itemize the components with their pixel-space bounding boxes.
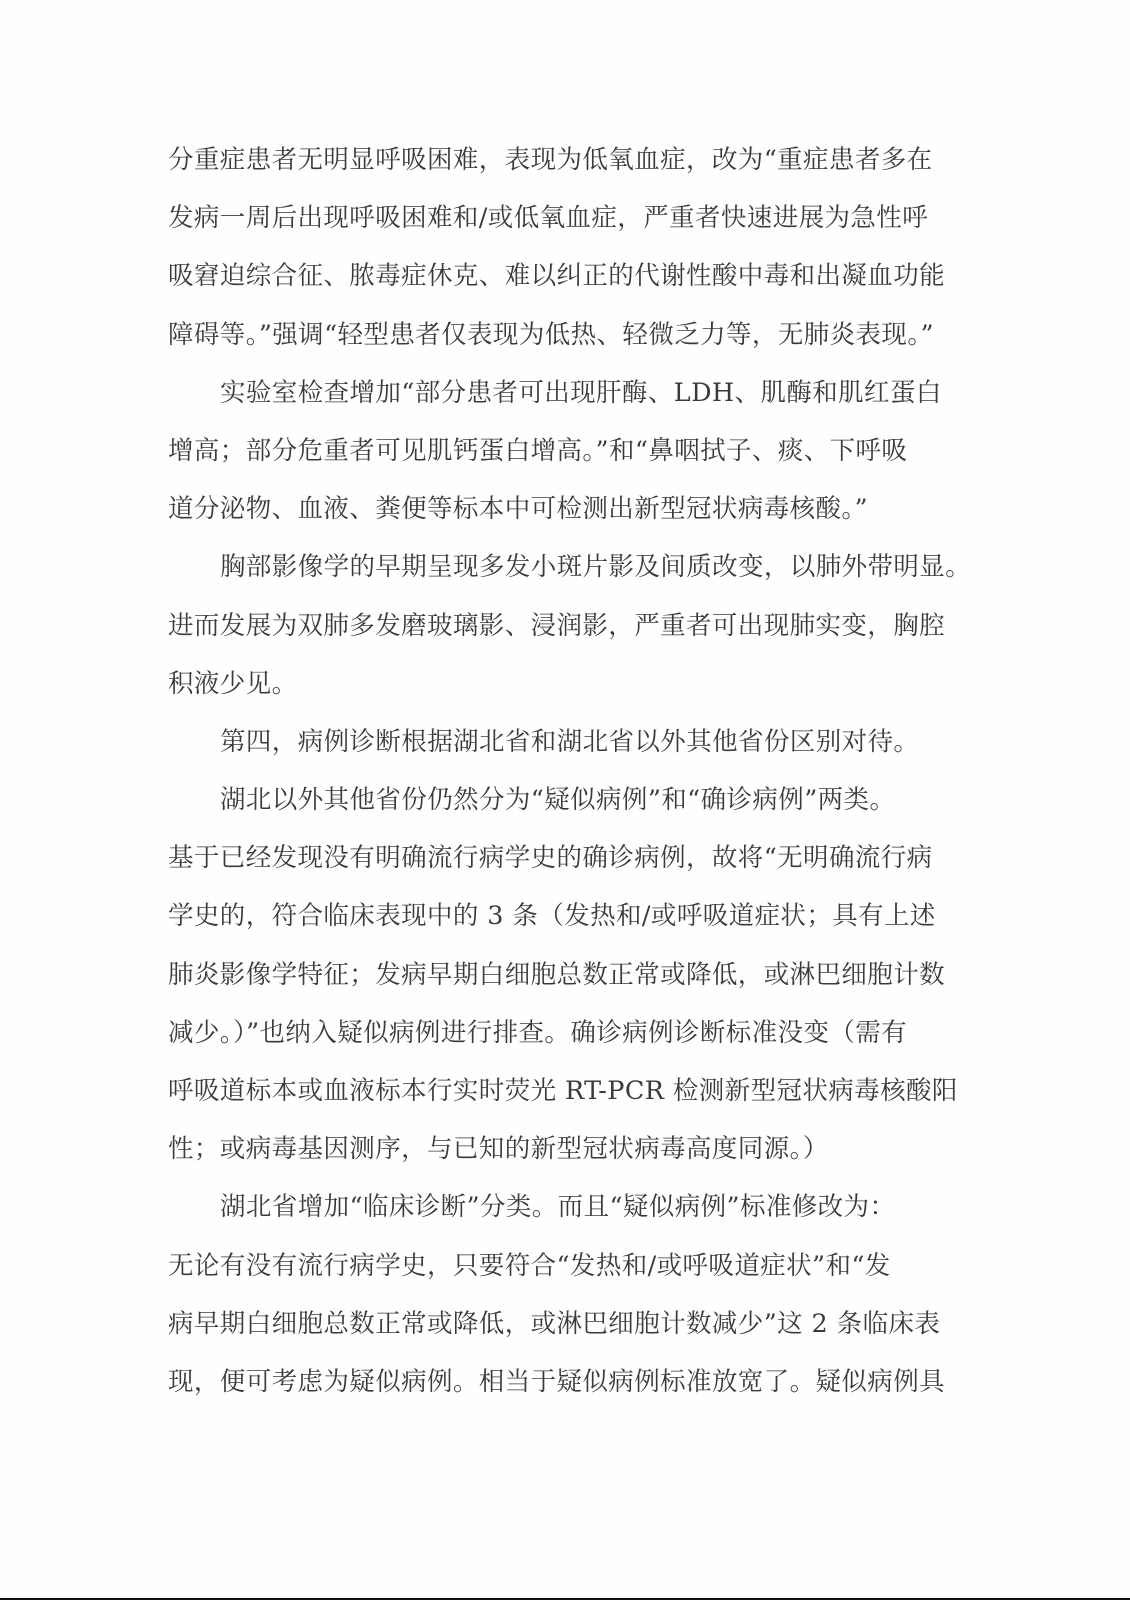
text-line: 病早期白细胞总数正常或降低，或淋巴细胞计数减少”这 2 条临床表 [168,1295,942,1353]
paragraph-start-line: 胸部影像学的早期呈现多发小斑片影及间质改变，以肺外带明显。 [168,538,942,596]
paragraph-start-line: 湖北省增加“临床诊断”分类。而且“疑似病例”标准修改为： [168,1178,942,1236]
text-line: 呼吸道标本或血液标本行实时荧光 RT-PCR 检测新型冠状病毒核酸阳 [168,1062,942,1120]
text-line: 分重症患者无明显呼吸困难，表现为低氧血症，改为“重症患者多在 [168,131,942,189]
text-line: 性；或病毒基因测序，与已知的新型冠状病毒高度同源。） [168,1120,942,1178]
text-line: 道分泌物、血液、粪便等标本中可检测出新型冠状病毒核酸。” [168,480,942,538]
paragraph-start-line: 实验室检查增加“部分患者可出现肝酶、LDH、肌酶和肌红蛋白 [168,364,942,422]
text-line: 减少。）”也纳入疑似病例进行排查。确诊病例诊断标准没变（需有 [168,1004,942,1062]
text-line: 发病一周后出现呼吸困难和/或低氧血症，严重者快速进展为急性呼 [168,189,942,247]
text-line: 增高；部分危重者可见肌钙蛋白增高。”和“鼻咽拭子、痰、下呼吸 [168,422,942,480]
text-line: 障碍等。”强调“轻型患者仅表现为低热、轻微乏力等，无肺炎表现。” [168,306,942,364]
text-line: 进而发展为双肺多发磨玻璃影、浸润影，严重者可出现肺实变，胸腔 [168,597,942,655]
document-page: 分重症患者无明显呼吸困难，表现为低氧血症，改为“重症患者多在 发病一周后出现呼吸… [168,131,942,1411]
text-line: 肺炎影像学特征；发病早期白细胞总数正常或降低，或淋巴细胞计数 [168,946,942,1004]
text-line: 现，便可考虑为疑似病例。相当于疑似病例标准放宽了。疑似病例具 [168,1353,942,1411]
text-line: 基于已经发现没有明确流行病学史的确诊病例，故将“无明确流行病 [168,829,942,887]
text-line: 积液少见。 [168,655,942,713]
paragraph-start-line: 湖北以外其他省份仍然分为“疑似病例”和“确诊病例”两类。 [168,771,942,829]
paragraph-start-line: 第四，病例诊断根据湖北省和湖北省以外其他省份区别对待。 [168,713,942,771]
text-line: 吸窘迫综合征、脓毒症休克、难以纠正的代谢性酸中毒和出凝血功能 [168,247,942,305]
text-line: 学史的，符合临床表现中的 3 条（发热和/或呼吸道症状；具有上述 [168,887,942,945]
text-line: 无论有没有流行病学史，只要符合“发热和/或呼吸道症状”和“发 [168,1237,942,1295]
